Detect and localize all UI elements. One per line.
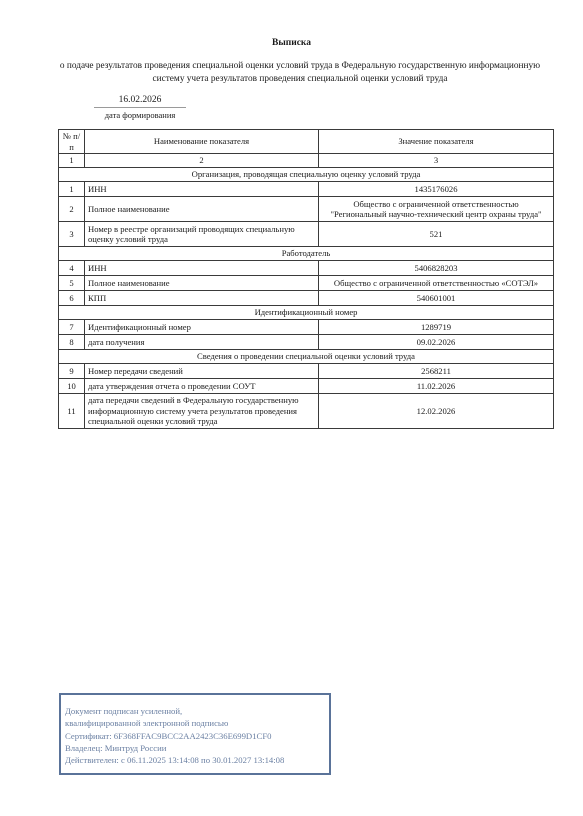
row-number: 6: [59, 291, 85, 306]
row-number: 5: [59, 276, 85, 291]
stamp-line-owner: Владелец: Минтруд России: [65, 742, 329, 754]
row-value: 12.02.2026: [319, 394, 554, 429]
table-index-row: 1 2 3: [59, 154, 554, 168]
row-name: КПП: [85, 291, 319, 306]
document-subtitle: о подаче результатов проведения специаль…: [40, 60, 560, 86]
table-row: 6 КПП 540601001: [59, 291, 554, 306]
table-row: 1 ИНН 1435176026: [59, 182, 554, 197]
table-row: 9 Номер передачи сведений 2568211: [59, 364, 554, 379]
row-value: 1435176026: [319, 182, 554, 197]
row-value: 1289719: [319, 320, 554, 335]
stamp-line-validity: Действителен: с 06.11.2025 13:14:08 по 3…: [65, 754, 329, 766]
row-name: Номер в реестре организаций проводящих с…: [85, 222, 319, 247]
stamp-line-qualified: квалифицированной электронной подписью: [65, 717, 329, 729]
row-value: 5406828203: [319, 261, 554, 276]
table-row: 8 дата получения 09.02.2026: [59, 335, 554, 350]
index-cell: 3: [319, 154, 554, 168]
row-number: 9: [59, 364, 85, 379]
row-number: 4: [59, 261, 85, 276]
table-row: 11 дата передачи сведений в Федеральную …: [59, 394, 554, 429]
row-number: 10: [59, 379, 85, 394]
table-row: 7 Идентификационный номер 1289719: [59, 320, 554, 335]
row-name: Идентификационный номер: [85, 320, 319, 335]
subtitle-line-1: о подаче результатов проведения специаль…: [40, 60, 560, 73]
section-row: Идентификационный номер: [59, 306, 554, 320]
row-name: ИНН: [85, 261, 319, 276]
document-title: Выписка: [0, 38, 583, 48]
row-name: дата получения: [85, 335, 319, 350]
electronic-signature-stamp: Документ подписан усиленной, квалифициро…: [59, 693, 331, 775]
row-value: Общество с ограниченной ответственностью…: [319, 197, 554, 222]
row-name: ИНН: [85, 182, 319, 197]
row-value: 11.02.2026: [319, 379, 554, 394]
formation-date-label: дата формирования: [94, 108, 186, 122]
row-number: 11: [59, 394, 85, 429]
row-number: 8: [59, 335, 85, 350]
row-value-line-1: Общество с ограниченной ответственностью: [322, 199, 550, 210]
row-value-line-2: "Региональный научно-технический центр о…: [322, 209, 550, 220]
row-value: Общество с ограниченной ответственностью…: [319, 276, 554, 291]
section-row: Работодатель: [59, 247, 554, 261]
row-value: 540601001: [319, 291, 554, 306]
row-name: дата утверждения отчета о проведении СОУ…: [85, 379, 319, 394]
header-number: № п/п: [59, 130, 85, 154]
table-row: 2 Полное наименование Общество с огранич…: [59, 197, 554, 222]
section-title: Работодатель: [59, 247, 554, 261]
table-row: 10 дата утверждения отчета о проведении …: [59, 379, 554, 394]
row-number: 1: [59, 182, 85, 197]
stamp-line-certificate: Сертификат: 6F368FFAC9BCC2AA2423C36E699D…: [65, 730, 329, 742]
row-name: дата передачи сведений в Федеральную гос…: [85, 394, 319, 429]
row-number: 7: [59, 320, 85, 335]
formation-date-block: 16.02.2026 дата формирования: [94, 94, 186, 122]
row-number: 2: [59, 197, 85, 222]
table-row: 3 Номер в реестре организаций проводящих…: [59, 222, 554, 247]
table-header-row: № п/п Наименование показателя Значение п…: [59, 130, 554, 154]
header-value: Значение показателя: [319, 130, 554, 154]
formation-date: 16.02.2026: [94, 94, 186, 108]
row-name: Полное наименование: [85, 197, 319, 222]
extract-table: № п/п Наименование показателя Значение п…: [58, 129, 554, 429]
row-number: 3: [59, 222, 85, 247]
section-row: Организация, проводящая специальную оцен…: [59, 168, 554, 182]
row-name: Полное наименование: [85, 276, 319, 291]
row-value: 521: [319, 222, 554, 247]
index-cell: 1: [59, 154, 85, 168]
row-value: 2568211: [319, 364, 554, 379]
header-name: Наименование показателя: [85, 130, 319, 154]
section-row: Сведения о проведении специальной оценки…: [59, 350, 554, 364]
index-cell: 2: [85, 154, 319, 168]
table-row: 4 ИНН 5406828203: [59, 261, 554, 276]
stamp-line-signed: Документ подписан усиленной,: [65, 705, 329, 717]
subtitle-line-2: систему учета результатов проведения спе…: [40, 73, 560, 86]
section-title: Организация, проводящая специальную оцен…: [59, 168, 554, 182]
table-row: 5 Полное наименование Общество с огранич…: [59, 276, 554, 291]
section-title: Идентификационный номер: [59, 306, 554, 320]
row-name: Номер передачи сведений: [85, 364, 319, 379]
row-value: 09.02.2026: [319, 335, 554, 350]
section-title: Сведения о проведении специальной оценки…: [59, 350, 554, 364]
